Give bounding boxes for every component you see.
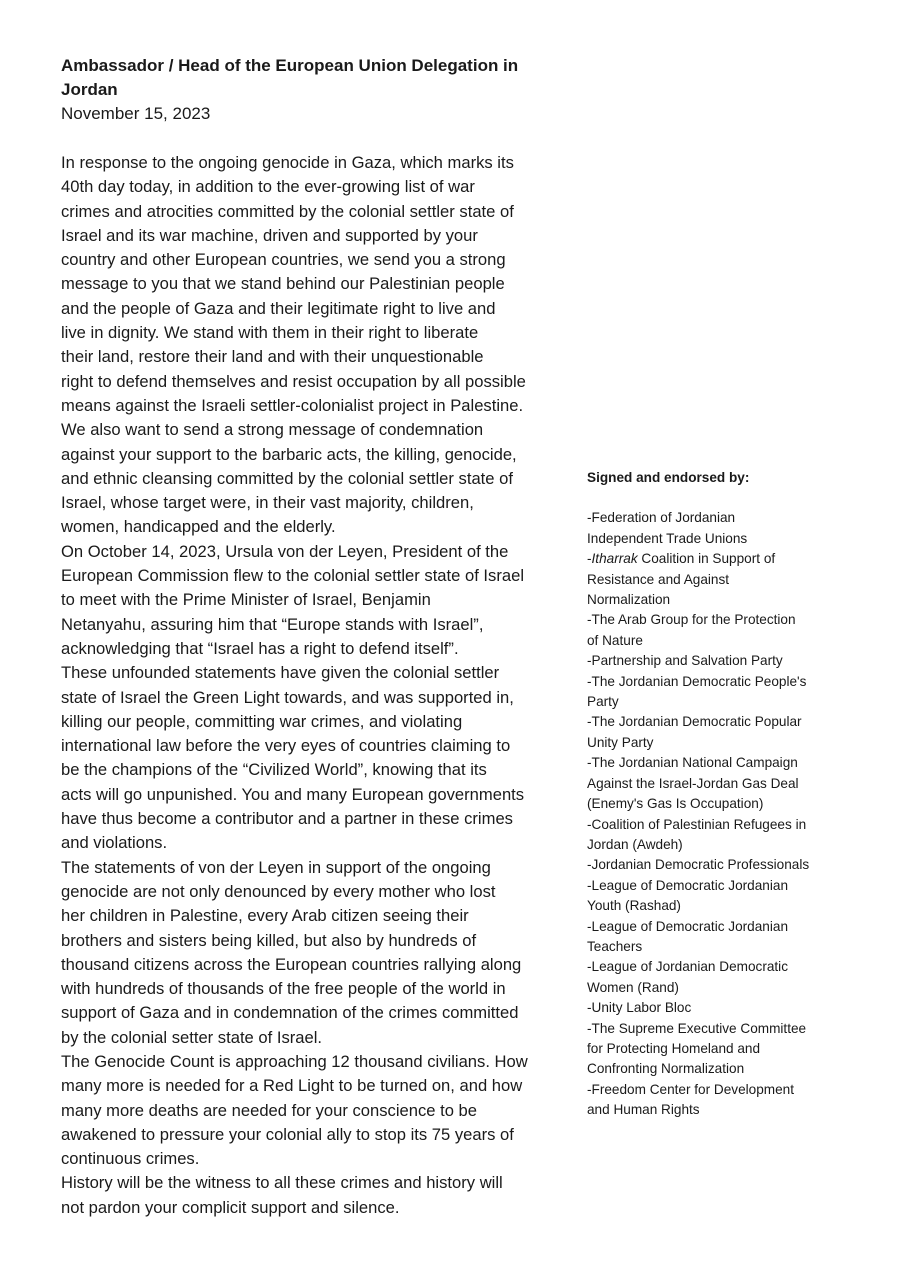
letter-header: Ambassador / Head of the European Union … xyxy=(61,54,581,126)
letter-body-line: and violations. xyxy=(61,831,581,855)
signatory-line: Normalization xyxy=(587,590,857,610)
signatory-line: Against the Israel-Jordan Gas Deal xyxy=(587,774,857,794)
signatory-text: League of Democratic Jordanian xyxy=(592,919,788,934)
letter-body-line: not pardon your complicit support and si… xyxy=(61,1196,581,1220)
signatory-line: -Jordanian Democratic Professionals xyxy=(587,855,857,875)
letter-body-line: many more is needed for a Red Light to b… xyxy=(61,1074,581,1098)
letter-body-line: thousand citizens across the European co… xyxy=(61,953,581,977)
letter-body-line: against your support to the barbaric act… xyxy=(61,443,581,467)
letter-body-line: message to you that we stand behind our … xyxy=(61,272,581,296)
signatory-line: -League of Democratic Jordanian xyxy=(587,876,857,896)
letter-body-line: and the people of Gaza and their legitim… xyxy=(61,297,581,321)
signatory-line: Women (Rand) xyxy=(587,978,857,998)
signatory-italic-name: Itharrak xyxy=(592,551,638,566)
letter-body-line: country and other European countries, we… xyxy=(61,248,581,272)
signatory-line: -Partnership and Salvation Party xyxy=(587,651,857,671)
letter-body-line: acknowledging that “Israel has a right t… xyxy=(61,637,581,661)
letter-body-line: We also want to send a strong message of… xyxy=(61,418,581,442)
letter-body-line: many more deaths are needed for your con… xyxy=(61,1099,581,1123)
signatory-line: Party xyxy=(587,692,857,712)
signatory-text: for Protecting Homeland and xyxy=(587,1041,760,1056)
signatory-text: Coalition in Support of xyxy=(638,551,776,566)
letter-body-line: Israel and its war machine, driven and s… xyxy=(61,224,581,248)
signatory-line: Confronting Normalization xyxy=(587,1059,857,1079)
signatory-line: for Protecting Homeland and xyxy=(587,1039,857,1059)
signatory-line: -League of Jordanian Democratic xyxy=(587,957,857,977)
letter-body-line: state of Israel the Green Light towards,… xyxy=(61,686,581,710)
signatory-text: Independent Trade Unions xyxy=(587,531,747,546)
letter-body-line: her children in Palestine, every Arab ci… xyxy=(61,904,581,928)
signatory-line: -Unity Labor Bloc xyxy=(587,998,857,1018)
signatory-line: -The Jordanian National Campaign xyxy=(587,753,857,773)
signatory-line: Youth (Rashad) xyxy=(587,896,857,916)
signatory-text: Unity Party xyxy=(587,735,653,750)
signatory-line: Teachers xyxy=(587,937,857,957)
signatory-line: Unity Party xyxy=(587,733,857,753)
signatory-line: -Federation of Jordanian xyxy=(587,508,857,528)
letter-body: In response to the ongoing genocide in G… xyxy=(61,151,581,1220)
letter-body-line: In response to the ongoing genocide in G… xyxy=(61,151,581,175)
signatory-text: The Jordanian National Campaign xyxy=(592,755,798,770)
signatory-text: The Supreme Executive Committee xyxy=(592,1021,807,1036)
letter-body-line: awakened to pressure your colonial ally … xyxy=(61,1123,581,1147)
letter-date: November 15, 2023 xyxy=(61,102,581,126)
letter-body-line: European Commission flew to the colonial… xyxy=(61,564,581,588)
signatory-text: Coalition of Palestinian Refugees in xyxy=(592,817,807,832)
letter-body-line: acts will go unpunished. You and many Eu… xyxy=(61,783,581,807)
signatory-text: (Enemy's Gas Is Occupation) xyxy=(587,796,763,811)
signatory-line: -League of Democratic Jordanian xyxy=(587,917,857,937)
letter-body-line: women, handicapped and the elderly. xyxy=(61,515,581,539)
letter-body-line: support of Gaza and in condemnation of t… xyxy=(61,1001,581,1025)
letter-body-line: The Genocide Count is approaching 12 tho… xyxy=(61,1050,581,1074)
letter-body-line: Israel, whose target were, in their vast… xyxy=(61,491,581,515)
signatory-line: -Freedom Center for Development xyxy=(587,1080,857,1100)
signatory-text: The Jordanian Democratic Popular xyxy=(592,714,802,729)
letter-body-line: right to defend themselves and resist oc… xyxy=(61,370,581,394)
signatory-text: League of Jordanian Democratic xyxy=(592,959,788,974)
letter-body-line: History will be the witness to all these… xyxy=(61,1171,581,1195)
letter-body-line: their land, restore their land and with … xyxy=(61,345,581,369)
signatory-line: -Itharrak Coalition in Support of xyxy=(587,549,857,569)
signatory-line: -The Jordanian Democratic Popular xyxy=(587,712,857,732)
letter-body-line: The statements of von der Leyen in suppo… xyxy=(61,856,581,880)
signatory-text: Jordan (Awdeh) xyxy=(587,837,683,852)
signatories-list: -Federation of JordanianIndependent Trad… xyxy=(587,508,857,1120)
letter-body-line: means against the Israeli settler-coloni… xyxy=(61,394,581,418)
letter-body-line: be the champions of the “Civilized World… xyxy=(61,758,581,782)
signatory-text: Youth (Rashad) xyxy=(587,898,681,913)
letter-body-line: continuous crimes. xyxy=(61,1147,581,1171)
signatory-line: -Coalition of Palestinian Refugees in xyxy=(587,815,857,835)
letter-body-line: live in dignity. We stand with them in t… xyxy=(61,321,581,345)
signatory-line: -The Arab Group for the Protection xyxy=(587,610,857,630)
signatory-text: and Human Rights xyxy=(587,1102,700,1117)
signatory-text: Women (Rand) xyxy=(587,980,679,995)
letter-body-line: by the colonial setter state of Israel. xyxy=(61,1026,581,1050)
signatories-heading: Signed and endorsed by: xyxy=(587,468,857,488)
signatory-text: Resistance and Against xyxy=(587,572,729,587)
recipient-title-line-2: Jordan xyxy=(61,78,581,102)
letter-body-line: killing our people, committing war crime… xyxy=(61,710,581,734)
signatory-line: Resistance and Against xyxy=(587,570,857,590)
signatory-line: Independent Trade Unions xyxy=(587,529,857,549)
letter-body-line: On October 14, 2023, Ursula von der Leye… xyxy=(61,540,581,564)
signatory-text: Teachers xyxy=(587,939,642,954)
signatory-text: Party xyxy=(587,694,619,709)
signatory-text: Partnership and Salvation Party xyxy=(592,653,783,668)
signatory-line: -The Jordanian Democratic People's xyxy=(587,672,857,692)
letter-body-line: brothers and sisters being killed, but a… xyxy=(61,929,581,953)
signatory-text: Federation of Jordanian xyxy=(592,510,736,525)
letter-body-line: have thus become a contributor and a par… xyxy=(61,807,581,831)
letter-body-line: and ethnic cleansing committed by the co… xyxy=(61,467,581,491)
signatory-text: Freedom Center for Development xyxy=(592,1082,795,1097)
signatory-line: -The Supreme Executive Committee xyxy=(587,1019,857,1039)
signatory-text: Normalization xyxy=(587,592,670,607)
signatory-text: League of Democratic Jordanian xyxy=(592,878,788,893)
signatory-line: Jordan (Awdeh) xyxy=(587,835,857,855)
letter-body-line: Netanyahu, assuring him that “Europe sta… xyxy=(61,613,581,637)
signatory-line: of Nature xyxy=(587,631,857,651)
signatory-text: of Nature xyxy=(587,633,643,648)
signatory-line: and Human Rights xyxy=(587,1100,857,1120)
signatory-line: (Enemy's Gas Is Occupation) xyxy=(587,794,857,814)
letter-body-line: with hundreds of thousands of the free p… xyxy=(61,977,581,1001)
signatory-text: The Jordanian Democratic People's xyxy=(592,674,807,689)
letter-body-line: international law before the very eyes o… xyxy=(61,734,581,758)
letter-body-line: These unfounded statements have given th… xyxy=(61,661,581,685)
recipient-title-line-1: Ambassador / Head of the European Union … xyxy=(61,54,581,78)
letter-body-line: to meet with the Prime Minister of Israe… xyxy=(61,588,581,612)
signatory-text: Jordanian Democratic Professionals xyxy=(592,857,810,872)
signatories-block: Signed and endorsed by: -Federation of J… xyxy=(587,468,857,1121)
letter-body-line: 40th day today, in addition to the ever-… xyxy=(61,175,581,199)
letter-body-line: genocide are not only denounced by every… xyxy=(61,880,581,904)
signatory-text: The Arab Group for the Protection xyxy=(592,612,796,627)
signatory-text: Confronting Normalization xyxy=(587,1061,744,1076)
signatory-text: Unity Labor Bloc xyxy=(592,1000,692,1015)
letter-body-line: crimes and atrocities committed by the c… xyxy=(61,200,581,224)
letter-page: Ambassador / Head of the European Union … xyxy=(0,0,902,1280)
signatory-text: Against the Israel-Jordan Gas Deal xyxy=(587,776,799,791)
